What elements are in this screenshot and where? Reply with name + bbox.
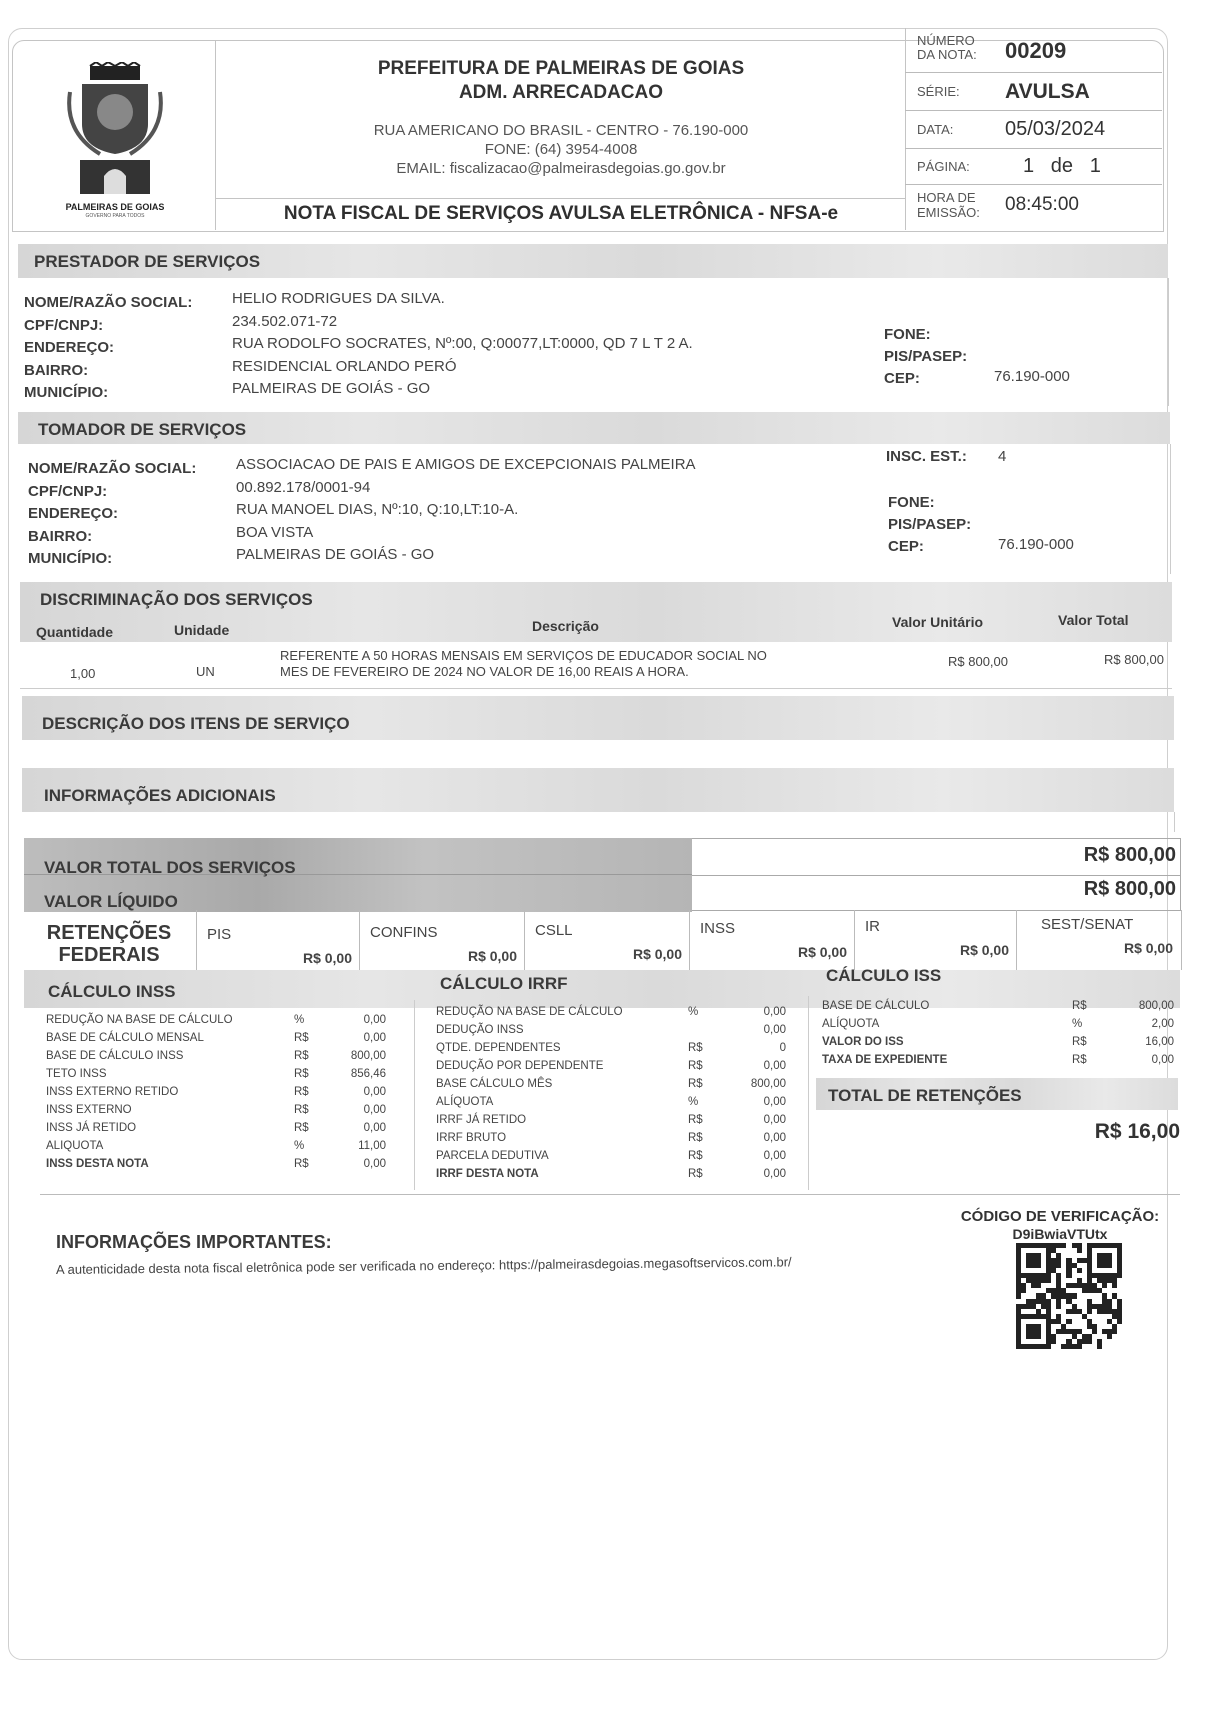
calc-label: INSS JÁ RETIDO — [46, 1122, 136, 1134]
calc-label: INSS EXTERNO RETIDO — [46, 1086, 178, 1098]
calc-label: INSS DESTA NOTA — [46, 1158, 149, 1170]
table-row: 1,00 UN REFERENTE A 50 HORAS MENSAIS EM … — [20, 642, 1172, 689]
numero-label-line2: DA NOTA: — [917, 48, 977, 62]
calc-label: DEDUÇÃO POR DEPENDENTE — [436, 1060, 603, 1072]
retencao-pis: PIS R$ 0,00 — [196, 910, 360, 970]
calc-value: 0,00 — [716, 1096, 786, 1108]
calc-label: PARCELA DEDUTIVA — [436, 1150, 549, 1162]
calc-label: REDUÇÃO NA BASE DE CÁLCULO — [436, 1006, 623, 1018]
prestador-municipio: PALMEIRAS DE GOIÁS - GO — [232, 378, 693, 401]
calc-unit: R$ — [294, 1086, 309, 1098]
calc-label: TETO INSS — [46, 1068, 107, 1080]
row-descricao-line2: MES DE FEVEREIRO DE 2024 NO VALOR DE 16,… — [280, 664, 689, 679]
retencao-pis-value: R$ 0,00 — [303, 950, 352, 966]
col-valor-unitario: Valor Unitário — [892, 614, 983, 630]
calc-unit: R$ — [294, 1068, 309, 1080]
emission-time: 08:45:00 — [1005, 194, 1079, 216]
importantes-title: INFORMAÇÕES IMPORTANTES: — [56, 1232, 332, 1253]
hora-label-line2: EMISSÃO: — [917, 205, 980, 220]
divider — [414, 1000, 415, 1190]
tomador-values: ASSOCIACAO DE PAIS E AMIGOS DE EXCEPCION… — [236, 454, 696, 567]
prestador-bairro-label: BAIRRO: — [24, 360, 192, 383]
prestador-values: HELIO RODRIGUES DA SILVA. 234.502.071-72… — [232, 288, 693, 401]
divider — [215, 198, 905, 199]
calc-unit: R$ — [1072, 1000, 1087, 1012]
info-adicionais-content — [22, 812, 1175, 832]
valor-total-label: VALOR TOTAL DOS SERVIÇOS — [44, 858, 296, 878]
descricao-itens-content — [22, 740, 1174, 768]
calc-value: 0,00 — [716, 1114, 786, 1126]
calculo-inss-title: CÁLCULO INSS — [48, 982, 176, 1002]
servicos-table-header: Quantidade Unidade Descrição Valor Unitá… — [20, 612, 1172, 642]
valor-liquido-label: VALOR LÍQUIDO — [44, 892, 178, 912]
tomador-bairro: BOA VISTA — [236, 522, 696, 545]
row-valor-total: R$ 800,00 — [1104, 652, 1164, 667]
calc-label: BASE DE CÁLCULO — [822, 1000, 929, 1012]
retencoes-title-line2: FEDERAIS — [24, 944, 194, 966]
retencoes-federais-row: RETENÇÕES FEDERAIS PIS R$ 0,00 CONFINS R… — [24, 910, 1180, 971]
calc-label: BASE CÁLCULO MÊS — [436, 1078, 552, 1090]
prestador-bairro: RESIDENCIAL ORLANDO PERÓ — [232, 356, 693, 379]
tomador-municipio-label: MUNICÍPIO: — [28, 548, 196, 571]
calculo-irrf-title: CÁLCULO IRRF — [440, 974, 567, 994]
calc-label: VALOR DO ISS — [822, 1036, 904, 1048]
tomador-labels: NOME/RAZÃO SOCIAL: CPF/CNPJ: ENDEREÇO: B… — [28, 458, 196, 571]
data-label: DATA: — [917, 122, 953, 137]
descricao-itens-title: DESCRIÇÃO DOS ITENS DE SERVIÇO — [42, 714, 350, 734]
verificacao-label: CÓDIGO DE VERIFICAÇÃO: — [940, 1208, 1180, 1225]
org-email: EMAIL: fiscalizacao@palmeirasdegoias.go.… — [216, 160, 906, 177]
verificacao-code: D9iBwiaVTUtx — [940, 1226, 1180, 1242]
retencao-inss-value: R$ 0,00 — [798, 944, 847, 960]
prestador-nome: HELIO RODRIGUES DA SILVA. — [232, 288, 693, 311]
calc-value: 0,00 — [716, 1024, 786, 1036]
calc-value: 0,00 — [316, 1014, 386, 1026]
calc-value: 0,00 — [716, 1060, 786, 1072]
prestador-cep-label: CEP: — [884, 368, 967, 390]
tomador-pis-label: PIS/PASEP: — [888, 514, 971, 536]
retencao-ir-value: R$ 0,00 — [960, 942, 1009, 958]
org-department: ADM. ARRECADACAO — [216, 82, 906, 104]
calc-unit: R$ — [688, 1078, 703, 1090]
org-name: PREFEITURA DE PALMEIRAS DE GOIAS — [216, 58, 906, 80]
retencao-confins-label: CONFINS — [370, 924, 438, 941]
tomador-insc-label: INSC. EST.: — [886, 448, 967, 465]
col-unidade: Unidade — [174, 622, 229, 638]
calc-label: DEDUÇÃO INSS — [436, 1024, 524, 1036]
tomador-nome-label: NOME/RAZÃO SOCIAL: — [28, 458, 196, 481]
hora-label-line1: HORA DE — [917, 190, 980, 205]
tomador-cep-label: CEP: — [888, 536, 971, 558]
pagina-label: PÁGINA: — [917, 159, 970, 174]
calc-unit: % — [294, 1014, 304, 1026]
tomador-cpf-label: CPF/CNPJ: — [28, 481, 196, 504]
row-valor-unitario: R$ 800,00 — [948, 654, 1008, 669]
invoice-serie: AVULSA — [1005, 80, 1090, 104]
calc-unit: R$ — [688, 1150, 703, 1162]
qr-code-icon — [1016, 1243, 1122, 1349]
calc-label: REDUÇÃO NA BASE DE CÁLCULO — [46, 1014, 233, 1026]
calc-label: TAXA DE EXPEDIENTE — [822, 1054, 947, 1066]
tomador-title: TOMADOR DE SERVIÇOS — [38, 420, 246, 440]
invoice-meta-box: NÚMERO DA NOTA: 00209 SÉRIE: AVULSA DATA… — [905, 28, 1162, 230]
calc-unit: R$ — [688, 1168, 703, 1180]
calc-unit: R$ — [1072, 1054, 1087, 1066]
retencao-pis-label: PIS — [207, 926, 231, 943]
retencao-csll-value: R$ 0,00 — [633, 946, 682, 962]
retencao-inss-label: INSS — [700, 920, 735, 937]
calc-unit: R$ — [294, 1032, 309, 1044]
prestador-cep: 76.190-000 — [994, 368, 1070, 385]
prestador-title: PRESTADOR DE SERVIÇOS — [34, 252, 260, 272]
calc-value: 856,46 — [316, 1068, 386, 1080]
calc-unit: % — [688, 1006, 698, 1018]
org-address: RUA AMERICANO DO BRASIL - CENTRO - 76.19… — [216, 122, 906, 139]
tomador-cpf: 00.892.178/0001-94 — [236, 477, 696, 500]
col-descricao: Descrição — [532, 618, 599, 634]
calc-label: IRRF JÁ RETIDO — [436, 1114, 526, 1126]
calc-unit: % — [688, 1096, 698, 1108]
calc-value: 800,00 — [716, 1078, 786, 1090]
calc-value: 0,00 — [1104, 1054, 1174, 1066]
calculo-inss-list: REDUÇÃO NA BASE DE CÁLCULO%0,00BASE DE C… — [46, 1014, 406, 1194]
prestador-fone-label: FONE: — [884, 324, 967, 346]
calc-unit: R$ — [294, 1104, 309, 1116]
calc-label: ALÍQUOTA — [436, 1096, 493, 1108]
divider — [40, 1194, 1180, 1195]
calc-unit: R$ — [294, 1122, 309, 1134]
calc-value: 800,00 — [316, 1050, 386, 1062]
retencao-confins: CONFINS R$ 0,00 — [359, 910, 525, 970]
tomador-endereco-label: ENDEREÇO: — [28, 503, 196, 526]
calc-unit: R$ — [688, 1114, 703, 1126]
calc-unit: R$ — [688, 1132, 703, 1144]
logo-subcaption: GOVERNO PARA TODOS — [50, 213, 180, 219]
calc-unit: R$ — [688, 1060, 703, 1072]
calc-value: 0,00 — [316, 1158, 386, 1170]
calc-value: 0,00 — [316, 1104, 386, 1116]
calc-label: ALIQUOTA — [46, 1140, 103, 1152]
retencao-ir: IR R$ 0,00 — [854, 910, 1017, 970]
row-quantidade: 1,00 — [70, 666, 95, 681]
calc-value: 800,00 — [1104, 1000, 1174, 1012]
retencao-confins-value: R$ 0,00 — [468, 948, 517, 964]
calc-value: 0,00 — [316, 1032, 386, 1044]
logo-caption: PALMEIRAS DE GOIAS — [50, 202, 180, 212]
prestador-cpf-label: CPF/CNPJ: — [24, 315, 192, 338]
total-retencoes-value: R$ 16,00 — [1000, 1120, 1180, 1144]
calculo-iss-title: CÁLCULO ISS — [826, 966, 941, 986]
tomador-bairro-label: BAIRRO: — [28, 526, 196, 549]
calc-label: INSS EXTERNO — [46, 1104, 132, 1116]
tomador-nome: ASSOCIACAO DE PAIS E AMIGOS DE EXCEPCION… — [236, 454, 696, 477]
servicos-title: DISCRIMINAÇÃO DOS SERVIÇOS — [40, 590, 313, 610]
coat-of-arms-icon — [60, 62, 170, 197]
calc-label: QTDE. DEPENDENTES — [436, 1042, 561, 1054]
calc-value: 0 — [716, 1042, 786, 1054]
calc-label: BASE DE CÁLCULO INSS — [46, 1050, 183, 1062]
retencao-sest-senat: SEST/SENAT R$ 0,00 — [1016, 910, 1182, 970]
serie-label: SÉRIE: — [917, 84, 960, 99]
col-quantidade: Quantidade — [36, 624, 113, 640]
row-unidade: UN — [196, 664, 215, 679]
prestador-pis-label: PIS/PASEP: — [884, 346, 967, 368]
retencao-csll-label: CSLL — [535, 922, 573, 939]
total-retencoes-title: TOTAL DE RETENÇÕES — [828, 1086, 1022, 1106]
retencoes-title-line1: RETENÇÕES — [24, 922, 194, 944]
invoice-number: 00209 — [1005, 38, 1066, 64]
retencao-csll: CSLL R$ 0,00 — [524, 910, 690, 970]
calc-value: 0,00 — [716, 1006, 786, 1018]
calc-label: IRRF BRUTO — [436, 1132, 506, 1144]
calculo-iss-list: BASE DE CÁLCULOR$800,00ALÍQUOTA%2,00VALO… — [822, 1000, 1184, 1080]
tomador-endereco: RUA MANOEL DIAS, Nº:10, Q:10,LT:10-A. — [236, 499, 696, 522]
calc-unit: R$ — [294, 1050, 309, 1062]
row-descricao-line1: REFERENTE A 50 HORAS MENSAIS EM SERVIÇOS… — [280, 648, 767, 663]
calc-label: BASE DE CÁLCULO MENSAL — [46, 1032, 204, 1044]
calc-value: 11,00 — [316, 1140, 386, 1152]
calc-unit: % — [294, 1140, 304, 1152]
tomador-insc: 4 — [998, 448, 1006, 465]
prestador-municipio-label: MUNICÍPIO: — [24, 382, 192, 405]
valor-total-value: R$ 800,00 — [692, 844, 1176, 867]
prestador-labels: NOME/RAZÃO SOCIAL: CPF/CNPJ: ENDEREÇO: B… — [24, 292, 192, 405]
col-valor-total: Valor Total — [1058, 612, 1129, 628]
calc-unit: R$ — [1072, 1036, 1087, 1048]
calc-label: IRRF DESTA NOTA — [436, 1168, 539, 1180]
prestador-nome-label: NOME/RAZÃO SOCIAL: — [24, 292, 192, 315]
calc-value: 0,00 — [716, 1168, 786, 1180]
invoice-date: 05/03/2024 — [1005, 118, 1105, 141]
org-phone: FONE: (64) 3954-4008 — [216, 141, 906, 158]
info-adicionais-title: INFORMAÇÕES ADICIONAIS — [44, 786, 276, 806]
calc-value: 0,00 — [716, 1132, 786, 1144]
document-title: NOTA FISCAL DE SERVIÇOS AVULSA ELETRÔNIC… — [216, 203, 906, 225]
calc-value: 0,00 — [716, 1150, 786, 1162]
numero-label-line1: NÚMERO — [917, 34, 977, 48]
calc-unit: R$ — [688, 1042, 703, 1054]
prestador-endereco-label: ENDEREÇO: — [24, 337, 192, 360]
calculo-irrf-list: REDUÇÃO NA BASE DE CÁLCULO%0,00DEDUÇÃO I… — [436, 1006, 796, 1196]
municipal-coat-of-arms-logo: PALMEIRAS DE GOIAS GOVERNO PARA TODOS — [60, 62, 170, 222]
retencao-ir-label: IR — [865, 918, 880, 935]
retencao-sest-senat-value: R$ 0,00 — [1124, 940, 1173, 956]
tomador-municipio: PALMEIRAS DE GOIÁS - GO — [236, 544, 696, 567]
prestador-endereco: RUA RODOLFO SOCRATES, Nº:00, Q:00077,LT:… — [232, 333, 693, 356]
calc-unit: R$ — [294, 1158, 309, 1170]
divider — [808, 996, 809, 1190]
invoice-page-count: 1 de 1 — [1023, 155, 1101, 178]
prestador-cpf: 234.502.071-72 — [232, 311, 693, 334]
tomador-fone-label: FONE: — [888, 492, 971, 514]
calc-value: 0,00 — [316, 1122, 386, 1134]
retencao-sest-senat-label: SEST/SENAT — [1041, 916, 1133, 933]
calc-label: ALÍQUOTA — [822, 1018, 879, 1030]
calc-unit: % — [1072, 1018, 1082, 1030]
tomador-cep: 76.190-000 — [998, 536, 1074, 553]
valor-liquido-value: R$ 800,00 — [692, 878, 1176, 901]
calc-value: 0,00 — [316, 1086, 386, 1098]
calc-value: 16,00 — [1104, 1036, 1174, 1048]
calc-value: 2,00 — [1104, 1018, 1174, 1030]
retencao-inss: INSS R$ 0,00 — [689, 910, 855, 970]
